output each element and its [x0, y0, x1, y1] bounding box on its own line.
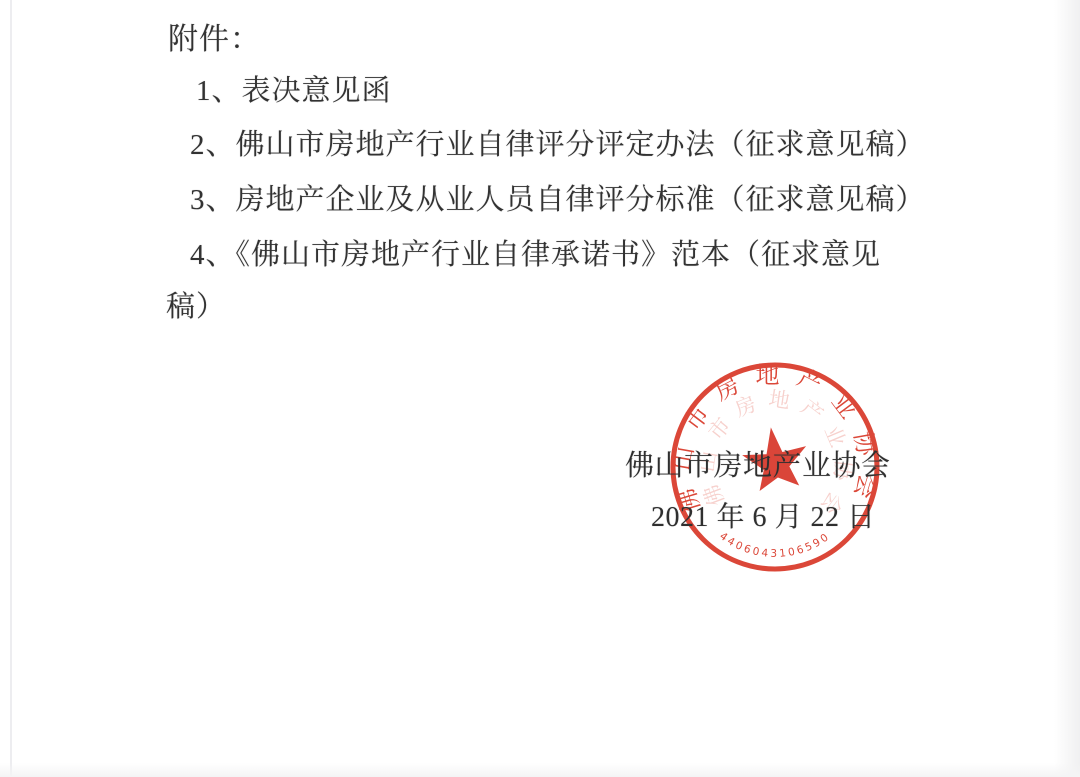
- scan-edge-line: [10, 0, 12, 777]
- scanned-document-page: 附件： 1、表决意见函 2、佛山市房地产行业自律评分评定办法（征求意见稿） 3、…: [0, 0, 1080, 777]
- signature-date: 2021 年 6 月 22 日: [651, 495, 876, 535]
- signature-organization: 佛山市房地产业协会: [625, 443, 891, 484]
- attachment-list-item-1: 1、表决意见函: [196, 68, 392, 109]
- attachment-list-item-2: 2、佛山市房地产行业自律评分评定办法（征求意见稿）: [190, 122, 926, 163]
- attachment-list-item-4-wrap: 稿）: [166, 284, 226, 325]
- attachment-label: 附件：: [168, 14, 261, 58]
- attachment-list-item-3: 3、房地产企业及从业人员自律评分标准（征求意见稿）: [190, 177, 926, 218]
- attachment-list-item-4: 4、《佛山市房地产行业自律承诺书》范本（征求意见: [190, 232, 881, 273]
- scan-edge-shadow-right: [1054, 0, 1080, 777]
- scan-edge-shadow-bottom: [0, 763, 1080, 777]
